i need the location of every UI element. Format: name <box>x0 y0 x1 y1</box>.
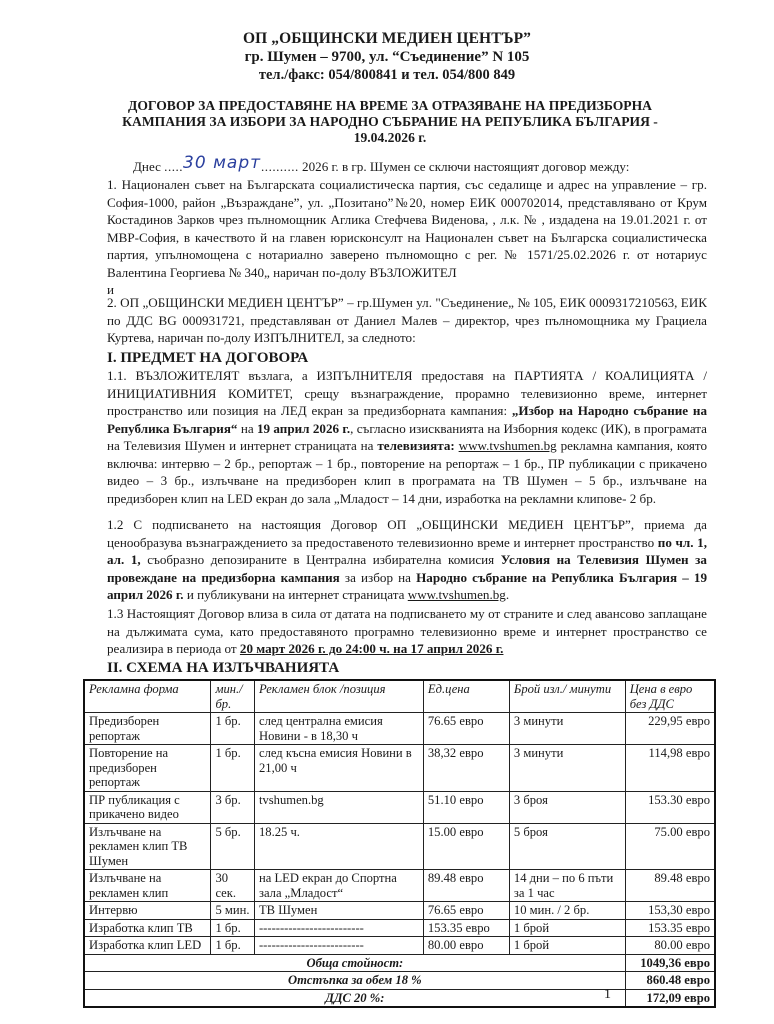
table-cell: 153,30 евро <box>625 902 715 920</box>
table-row: Изработка клип LED1 бр.-----------------… <box>84 937 715 955</box>
broadcast-schedule-table: Рекламна форма мин./бр. Рекламен блок /п… <box>83 679 716 1008</box>
table-cell: 1 бр. <box>211 937 255 955</box>
table-row: Предизборен репортаж1 бр.след централна … <box>84 713 715 745</box>
table-cell: Повторение на предизборен репортаж <box>84 745 211 792</box>
table-row: Излъчване на рекламен клип30 сек.на LED … <box>84 870 715 902</box>
table-cell: 80.00 евро <box>423 937 509 955</box>
clause-1-1: 1.1. ВЪЗЛОЖИТЕЛЯТ възлага, а ИЗПЪЛНИТЕЛЯ… <box>107 367 707 507</box>
table-cell: 5 бр. <box>211 823 255 870</box>
table-cell: Предизборен репортаж <box>84 713 211 745</box>
table-cell: Изработка клип ТВ <box>84 919 211 937</box>
handwritten-date: 30 март <box>183 153 261 173</box>
clause-1-2: 1.2 С подписването на настоящия Договор … <box>107 516 707 604</box>
section-1-heading: I. ПРЕДМЕТ НА ДОГОВОРА <box>107 350 308 367</box>
table-cell: на LED екран до Спортна зала „Младост“ <box>254 870 423 902</box>
table-cell: 76.65 евро <box>423 713 509 745</box>
table-total-row: Обща стойност:1049,36 евро <box>84 954 715 972</box>
contract-title: ДОГОВОР ЗА ПРЕДОСТАВЯНЕ НА ВРЕМЕ ЗА ОТРА… <box>95 98 685 146</box>
table-cell: 1 бр. <box>211 919 255 937</box>
org-name: ОП „ОБЩИНСКИ МЕДИЕН ЦЕНТЪР” <box>0 30 774 48</box>
website-link[interactable]: www.tvshumen.bg <box>408 587 506 602</box>
total-label: ДДС 20 %: <box>84 989 625 1007</box>
contract-page: ОП „ОБЩИНСКИ МЕДИЕН ЦЕНТЪР” гр. Шумен – … <box>0 0 774 1024</box>
website-link[interactable]: www.tvshumen.bg <box>459 438 557 453</box>
table-cell: 5 броя <box>509 823 625 870</box>
table-total-row: Отстъпка за обем 18 %860.48 евро <box>84 972 715 990</box>
table-cell: 89.48 евро <box>625 870 715 902</box>
table-cell: 51.10 евро <box>423 791 509 823</box>
party-2: 2. ОП „ОБЩИНСКИ МЕДИЕН ЦЕНТЪР” – гр.Шуме… <box>107 294 707 347</box>
table-cell: 1 брой <box>509 919 625 937</box>
table-cell: 75.00 евро <box>625 823 715 870</box>
total-value: 172,09 евро <box>625 989 715 1007</box>
table-cell: 5 мин. <box>211 902 255 920</box>
table-cell: ------------------------- <box>254 937 423 955</box>
org-address: гр. Шумен – 9700, ул. “Съединение” N 105 <box>0 49 774 66</box>
table-cell: ПР публикация с прикачено видео <box>84 791 211 823</box>
table-cell: 89.48 евро <box>423 870 509 902</box>
table-cell: 1 брой <box>509 937 625 955</box>
org-phones: тел./факс: 054/800841 и тел. 054/800 849 <box>0 67 774 84</box>
total-value: 860.48 евро <box>625 972 715 990</box>
table-cell: 18.25 ч. <box>254 823 423 870</box>
table-cell: Излъчване на рекламен клип <box>84 870 211 902</box>
table-cell: 229,95 евро <box>625 713 715 745</box>
table-cell: Излъчване на рекламен клип ТВ Шумен <box>84 823 211 870</box>
table-cell: 114,98 евро <box>625 745 715 792</box>
total-value: 1049,36 евро <box>625 954 715 972</box>
table-cell: 30 сек. <box>211 870 255 902</box>
table-cell: 38,32 евро <box>423 745 509 792</box>
table-row: Интервю5 мин.ТВ Шумен76.65 евро10 мин. /… <box>84 902 715 920</box>
table-cell: 153.30 евро <box>625 791 715 823</box>
table-cell: 76.65 евро <box>423 902 509 920</box>
page-number: 1 <box>604 987 611 1003</box>
table-cell: 3 броя <box>509 791 625 823</box>
table-row: Изработка клип ТВ1 бр.------------------… <box>84 919 715 937</box>
party-1: 1. Национален съвет на Българската социа… <box>107 176 707 299</box>
table-total-row: ДДС 20 %:172,09 евро <box>84 989 715 1007</box>
table-cell: 3 минути <box>509 713 625 745</box>
table-row: ПР публикация с прикачено видео3 бр.tvsh… <box>84 791 715 823</box>
table-cell: 3 бр. <box>211 791 255 823</box>
table-row: Излъчване на рекламен клип ТВ Шумен5 бр.… <box>84 823 715 870</box>
table-cell: 3 минути <box>509 745 625 792</box>
table-cell: 1 бр. <box>211 713 255 745</box>
table-cell: tvshumen.bg <box>254 791 423 823</box>
table-row: Повторение на предизборен репортаж1 бр.с… <box>84 745 715 792</box>
table-cell: 153.35 евро <box>625 919 715 937</box>
table-cell: след централна емисия Новини - в 18,30 ч <box>254 713 423 745</box>
total-label: Отстъпка за обем 18 % <box>84 972 625 990</box>
intro-line: Днес .....30 март.......... 2026 г. в гр… <box>107 158 707 176</box>
table-cell: ------------------------- <box>254 919 423 937</box>
table-cell: 80.00 евро <box>625 937 715 955</box>
table-cell: 14 дни – по 6 пъти за 1 час <box>509 870 625 902</box>
table-cell: след късна емисия Новини в 21,00 ч <box>254 745 423 792</box>
table-cell: ТВ Шумен <box>254 902 423 920</box>
table-cell: Интервю <box>84 902 211 920</box>
clause-1-3: 1.3 Настоящият Договор влиза в сила от д… <box>107 605 707 658</box>
table-cell: Изработка клип LED <box>84 937 211 955</box>
table-cell: 15.00 евро <box>423 823 509 870</box>
total-label: Обща стойност: <box>84 954 625 972</box>
table-cell: 153.35 евро <box>423 919 509 937</box>
section-2-heading: II. СХЕМА НА ИЗЛЪЧВАНИЯТА <box>107 660 339 677</box>
table-cell: 10 мин. / 2 бр. <box>509 902 625 920</box>
table-header-row: Рекламна форма мин./бр. Рекламен блок /п… <box>84 680 715 713</box>
table-cell: 1 бр. <box>211 745 255 792</box>
